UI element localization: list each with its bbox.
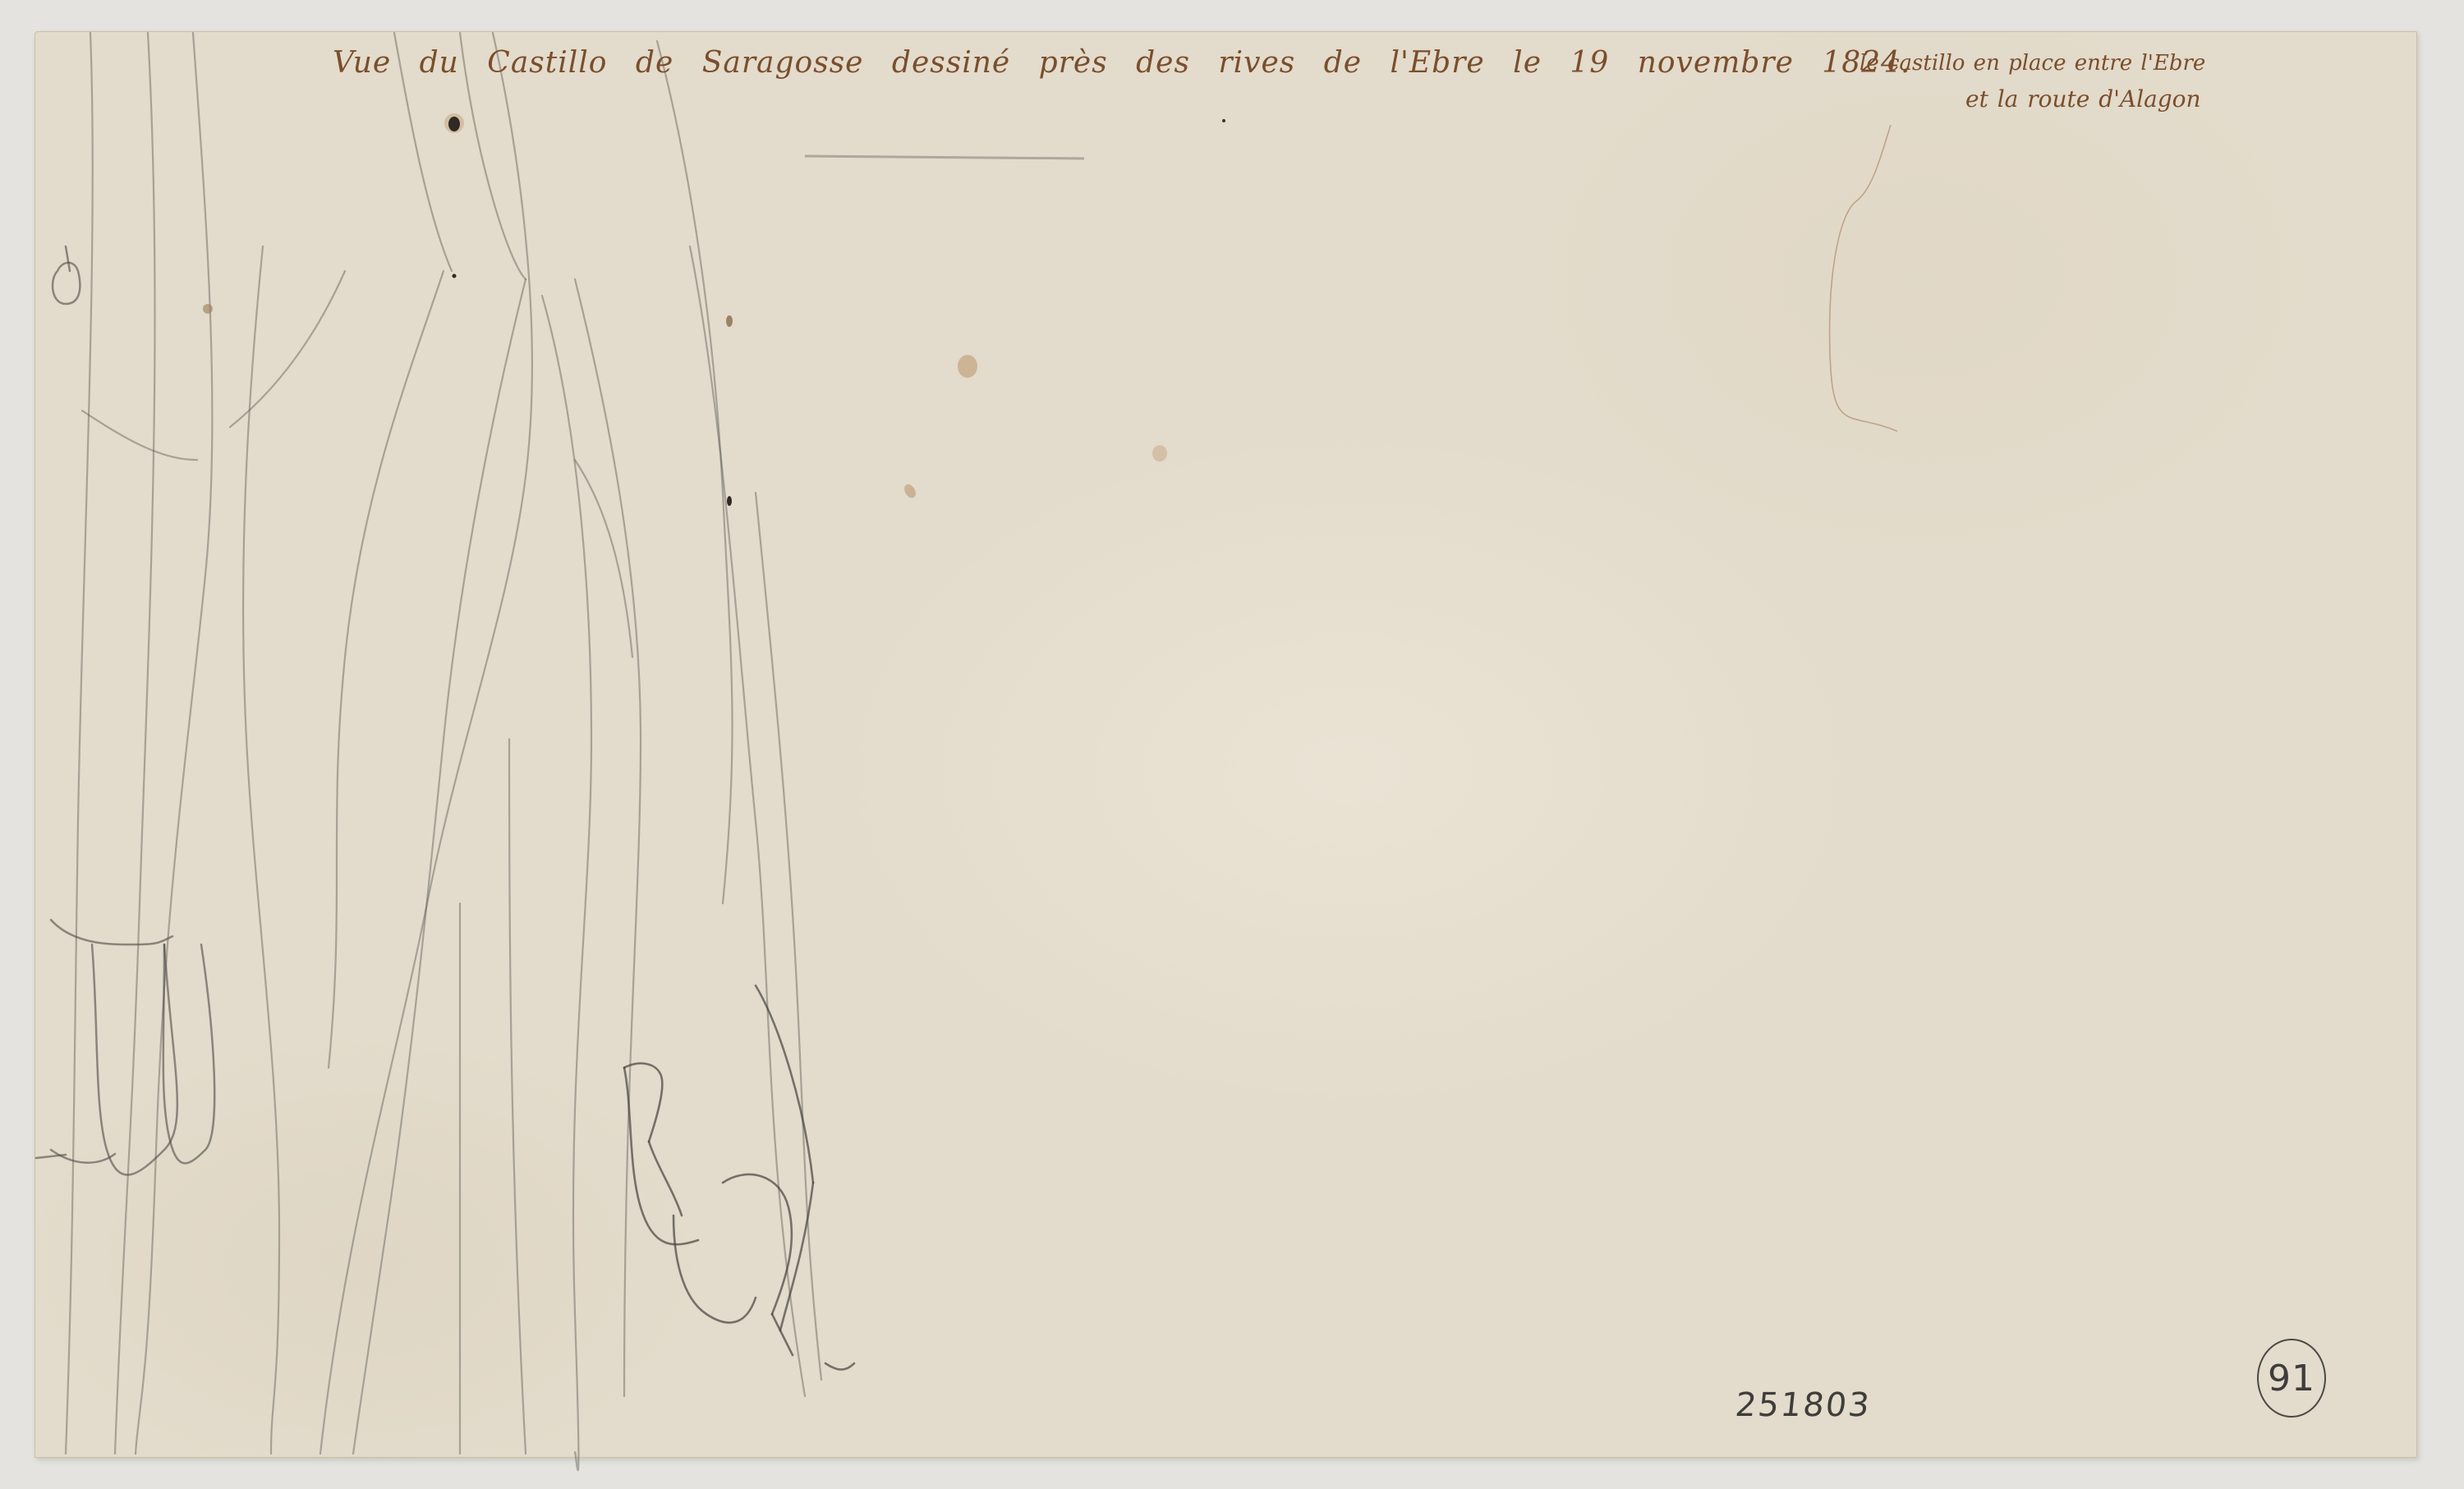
ink-inscription-line-2: et la route d'Alagon — [1965, 85, 2201, 113]
folio-number-circle: 91 — [2257, 1339, 2326, 1418]
pencil-drapery-sketch — [0, 0, 2464, 1489]
ink-inscription-line-1-continuation: le castillo en place entre l'Ebre — [1859, 51, 2205, 76]
ink-inscription-line-1: Vue du Castillo de Saragosse dessiné prè… — [333, 46, 1910, 80]
inventory-number: 251803 — [1734, 1386, 1873, 1424]
scan-stage: Vue du Castillo de Saragosse dessiné prè… — [0, 0, 2464, 1489]
folio-number: 91 — [2268, 1358, 2315, 1399]
